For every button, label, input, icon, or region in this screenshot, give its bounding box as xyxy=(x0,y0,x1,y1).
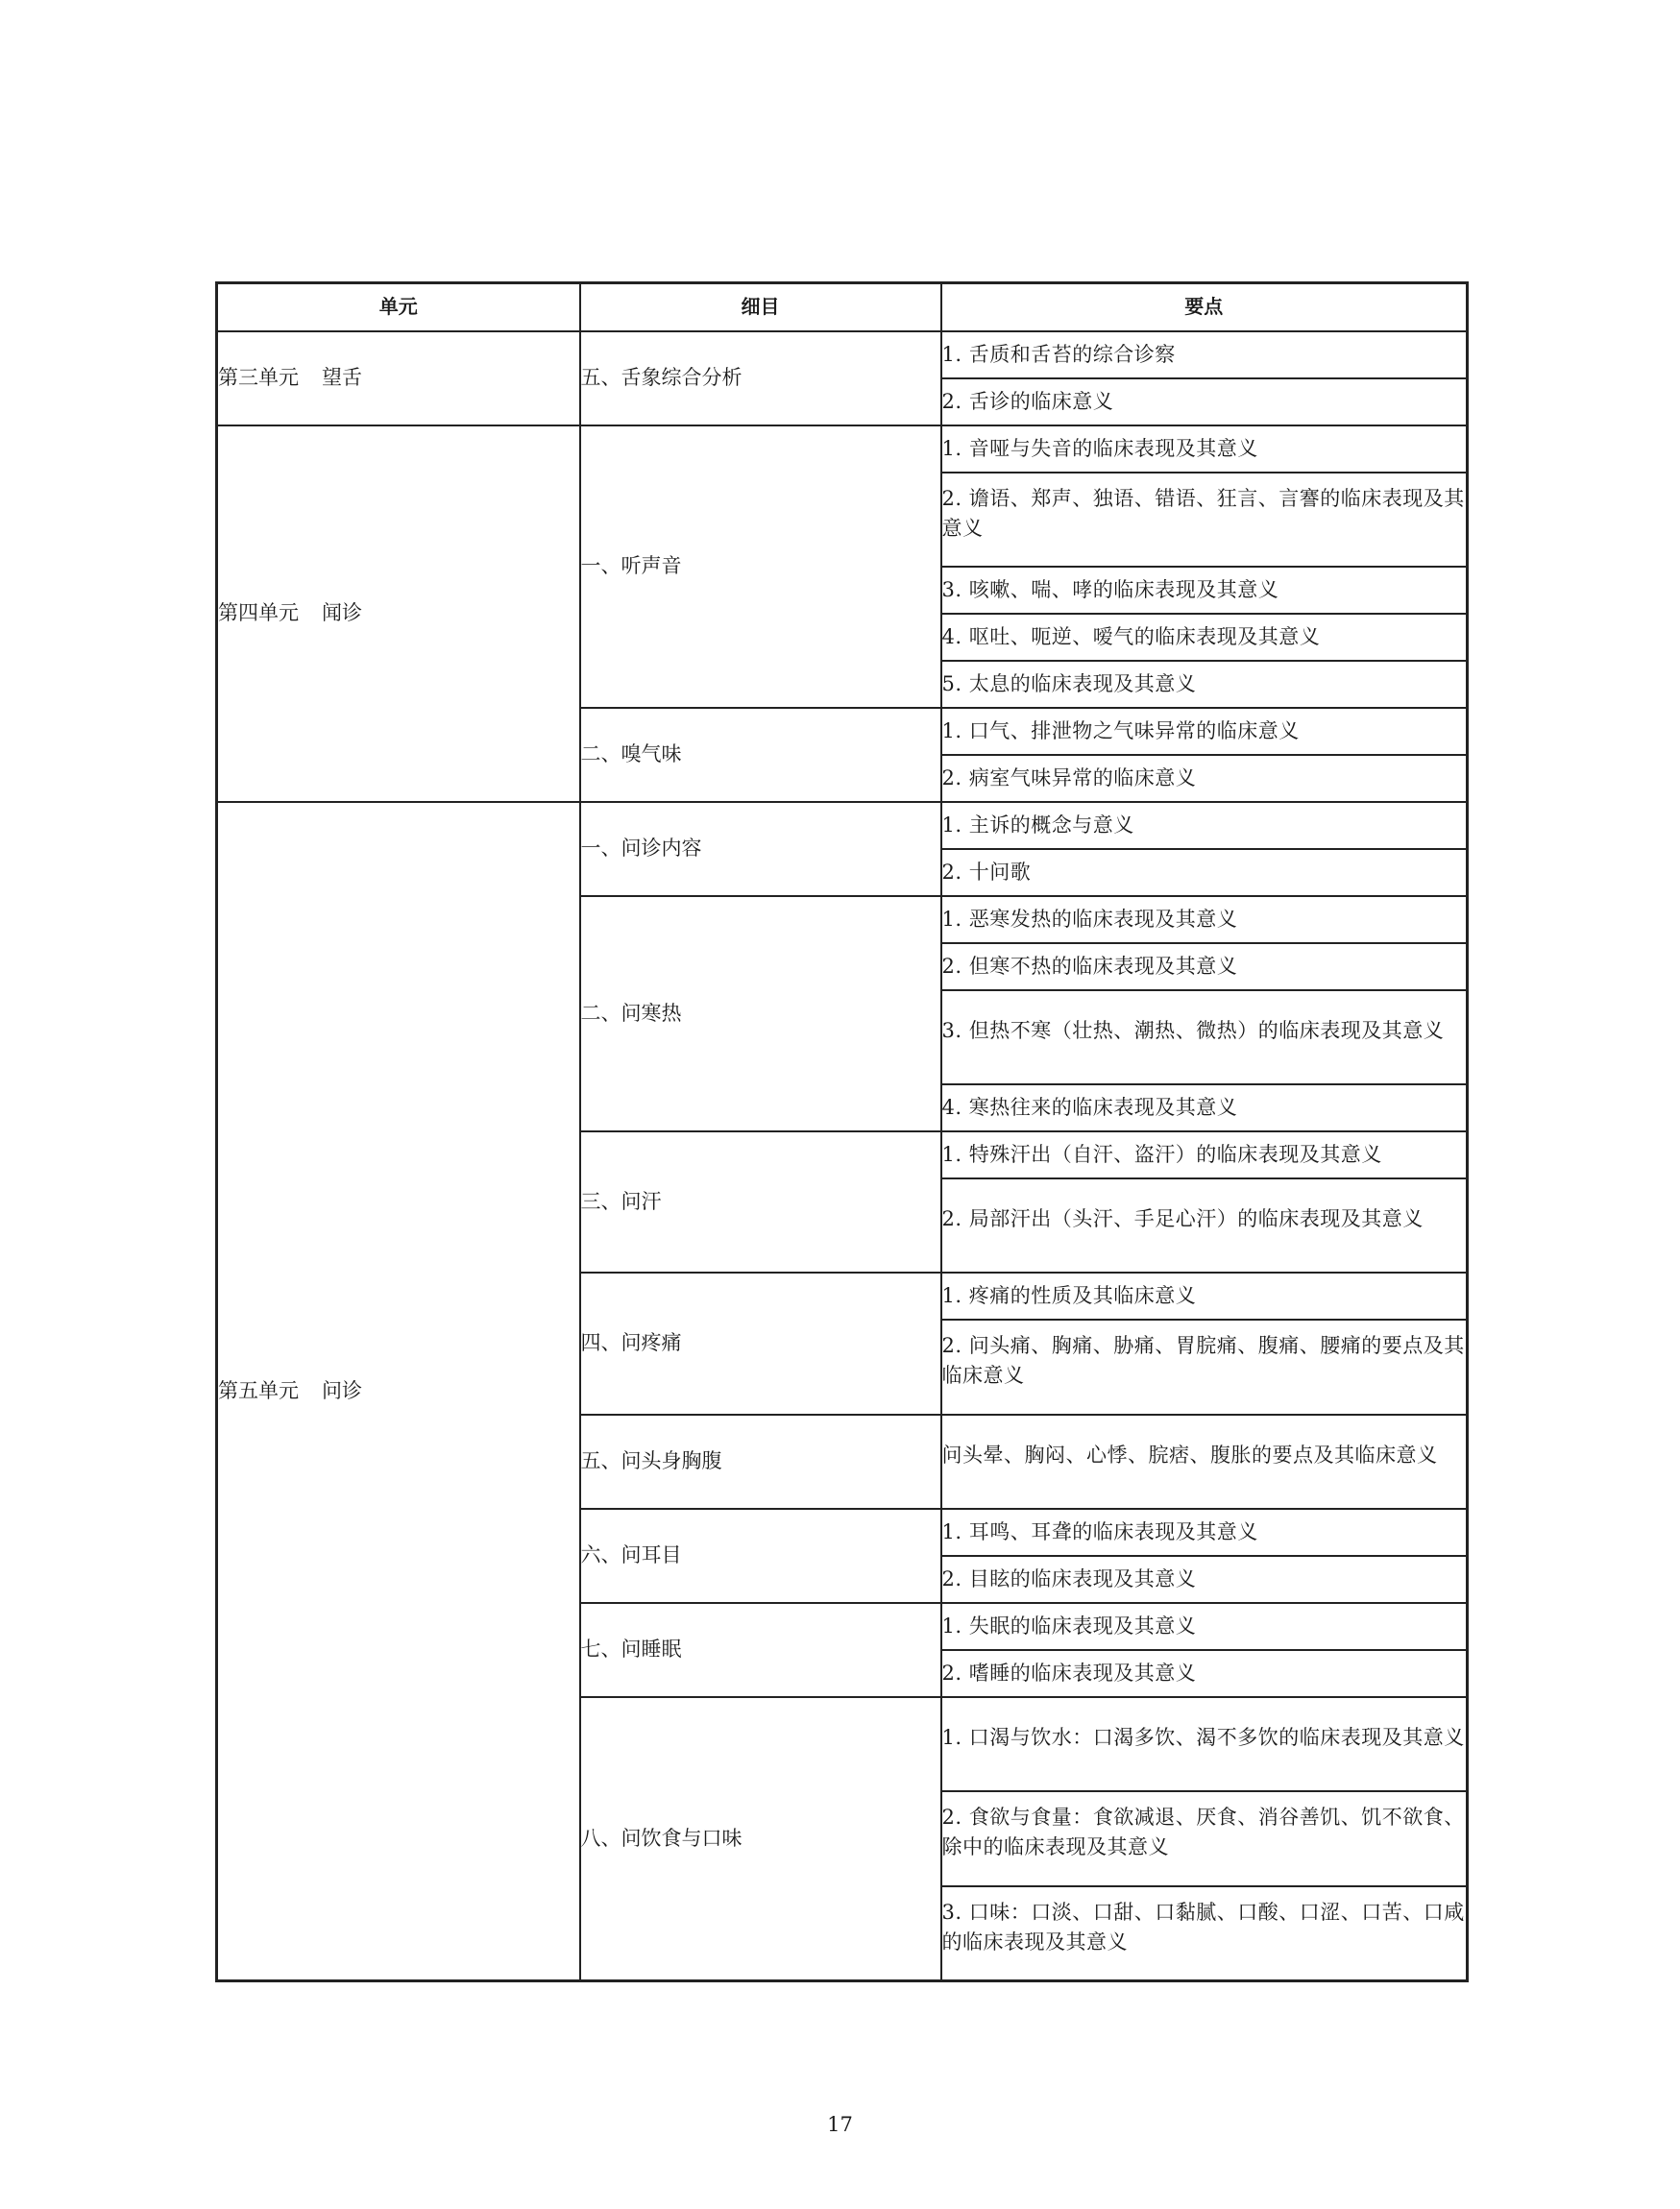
point-cell: 5. 太息的临床表现及其意义 xyxy=(941,661,1468,708)
point-cell: 3. 但热不寒（壮热、潮热、微热）的临床表现及其意义 xyxy=(941,990,1468,1084)
point-cell: 2. 目眩的临床表现及其意义 xyxy=(941,1556,1468,1603)
item-cell: 四、问疼痛 xyxy=(580,1273,941,1415)
point-cell: 1. 恶寒发热的临床表现及其意义 xyxy=(941,896,1468,943)
point-cell: 2. 问头痛、胸痛、胁痛、胃脘痛、腹痛、腰痛的要点及其临床意义 xyxy=(941,1320,1468,1415)
column-header-unit: 单元 xyxy=(217,283,580,331)
point-cell: 2. 十问歌 xyxy=(941,849,1468,896)
point-cell: 2. 局部汗出（头汗、手足心汗）的临床表现及其意义 xyxy=(941,1178,1468,1273)
column-header-item: 细目 xyxy=(580,283,941,331)
item-cell: 五、舌象综合分析 xyxy=(580,331,941,425)
column-header-point: 要点 xyxy=(941,283,1468,331)
point-cell: 3. 咳嗽、喘、哮的临床表现及其意义 xyxy=(941,567,1468,614)
point-cell: 2. 舌诊的临床意义 xyxy=(941,378,1468,425)
point-cell: 2. 食欲与食量：食欲减退、厌食、消谷善饥、饥不欲食、除中的临床表现及其意义 xyxy=(941,1791,1468,1886)
table-row: 第三单元望舌 五、舌象综合分析 1. 舌质和舌苔的综合诊察 xyxy=(217,331,1468,378)
point-cell: 1. 主诉的概念与意义 xyxy=(941,802,1468,849)
item-cell: 五、问头身胸腹 xyxy=(580,1415,941,1509)
page-number: 17 xyxy=(0,2113,1680,2136)
unit-label: 第三单元 xyxy=(218,366,299,389)
unit-topic: 望舌 xyxy=(322,366,362,389)
syllabus-table: 单元 细目 要点 第三单元望舌 五、舌象综合分析 1. 舌质和舌苔的综合诊察 2… xyxy=(215,281,1469,1982)
point-cell: 3. 口味：口淡、口甜、口黏腻、口酸、口涩、口苦、口咸的临床表现及其意义 xyxy=(941,1886,1468,1981)
point-cell: 1. 耳鸣、耳聋的临床表现及其意义 xyxy=(941,1509,1468,1556)
unit-topic: 问诊 xyxy=(322,1379,362,1402)
item-cell: 七、问睡眠 xyxy=(580,1603,941,1697)
point-cell: 1. 疼痛的性质及其临床意义 xyxy=(941,1273,1468,1320)
unit-label: 第五单元 xyxy=(218,1379,299,1402)
point-cell: 1. 舌质和舌苔的综合诊察 xyxy=(941,331,1468,378)
point-cell: 1. 口气、排泄物之气味异常的临床意义 xyxy=(941,708,1468,755)
point-cell: 4. 寒热往来的临床表现及其意义 xyxy=(941,1084,1468,1131)
point-cell: 2. 但寒不热的临床表现及其意义 xyxy=(941,943,1468,990)
item-cell: 二、问寒热 xyxy=(580,896,941,1131)
unit-topic: 闻诊 xyxy=(322,601,362,624)
unit-cell: 第三单元望舌 xyxy=(217,331,580,425)
table-row: 第四单元闻诊 一、听声音 1. 音哑与失音的临床表现及其意义 xyxy=(217,425,1468,473)
point-cell: 问头晕、胸闷、心悸、脘痞、腹胀的要点及其临床意义 xyxy=(941,1415,1468,1509)
item-cell: 一、听声音 xyxy=(580,425,941,708)
unit-label: 第四单元 xyxy=(218,601,299,624)
unit-cell: 第四单元闻诊 xyxy=(217,425,580,802)
item-cell: 二、嗅气味 xyxy=(580,708,941,802)
document-page: 单元 细目 要点 第三单元望舌 五、舌象综合分析 1. 舌质和舌苔的综合诊察 2… xyxy=(0,0,1680,2209)
table-header-row: 单元 细目 要点 xyxy=(217,283,1468,331)
point-cell: 2. 谵语、郑声、独语、错语、狂言、言謇的临床表现及其意义 xyxy=(941,473,1468,567)
unit-cell: 第五单元问诊 xyxy=(217,802,580,1981)
point-cell: 4. 呕吐、呃逆、嗳气的临床表现及其意义 xyxy=(941,614,1468,661)
table-row: 第五单元问诊 一、问诊内容 1. 主诉的概念与意义 xyxy=(217,802,1468,849)
point-cell: 1. 特殊汗出（自汗、盗汗）的临床表现及其意义 xyxy=(941,1131,1468,1178)
item-cell: 三、问汗 xyxy=(580,1131,941,1273)
item-cell: 一、问诊内容 xyxy=(580,802,941,896)
item-cell: 八、问饮食与口味 xyxy=(580,1697,941,1981)
point-cell: 2. 嗜睡的临床表现及其意义 xyxy=(941,1650,1468,1697)
point-cell: 1. 口渴与饮水：口渴多饮、渴不多饮的临床表现及其意义 xyxy=(941,1697,1468,1791)
point-cell: 1. 音哑与失音的临床表现及其意义 xyxy=(941,425,1468,473)
point-cell: 2. 病室气味异常的临床意义 xyxy=(941,755,1468,802)
point-cell: 1. 失眠的临床表现及其意义 xyxy=(941,1603,1468,1650)
item-cell: 六、问耳目 xyxy=(580,1509,941,1603)
